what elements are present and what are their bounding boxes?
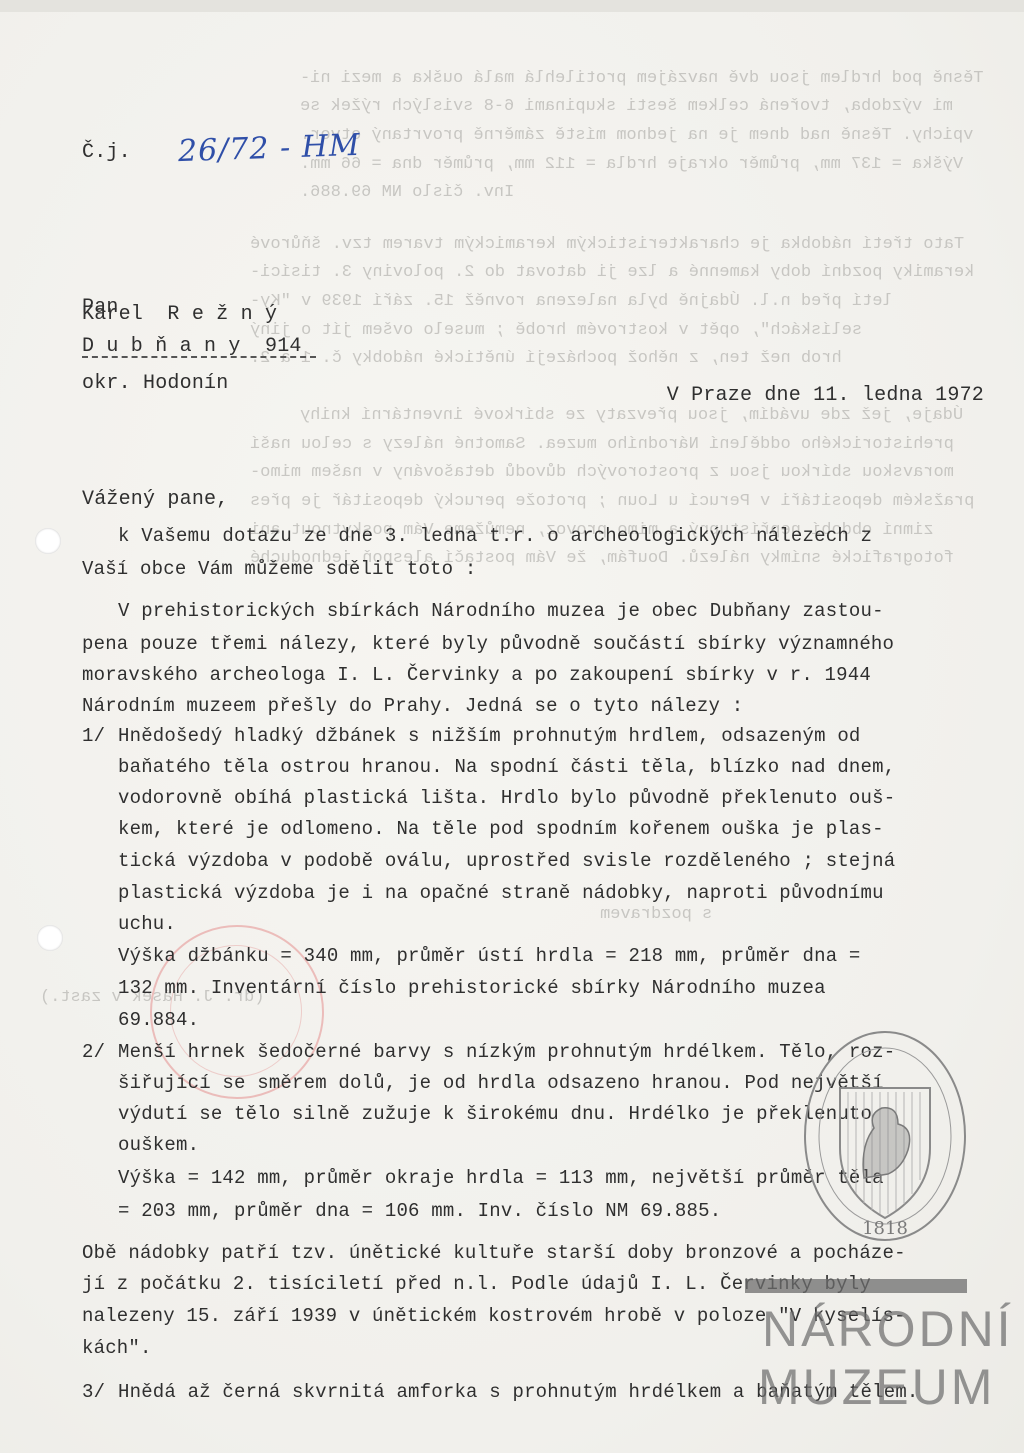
svg-text:1818: 1818 xyxy=(862,1218,908,1239)
item-2-line: Výška = 142 mm, průměr okraje hrdla = 11… xyxy=(118,1166,884,1190)
recipient-district: okr. Hodonín xyxy=(82,372,228,396)
item-1-line: tická výzdoba v podobě oválu, uprostřed … xyxy=(118,849,895,873)
recipient-name-text: Karel R e ž n ý xyxy=(82,303,277,327)
museum-seal-icon: 1818 xyxy=(802,1028,968,1244)
item-1-line: Hnědošedý hladký džbánek s nižším prohnu… xyxy=(118,724,861,748)
paragraph-line: pena pouze třemi nálezy, které byly půvo… xyxy=(82,632,894,656)
bleed-through-line: letí před n.l. Údajně byla nalezena rovn… xyxy=(250,289,893,315)
reference-label: Č.j. xyxy=(82,141,131,165)
item-2-line: šiřující se směrem dolů, je od hrdla ods… xyxy=(118,1071,884,1095)
item-1-line: 69.884. xyxy=(118,1008,199,1032)
bleed-through-line: selískách", opět v kostrovém hrobě ; mus… xyxy=(250,318,862,344)
paragraph-line: V prehistorických sbírkách Národního muz… xyxy=(118,599,884,623)
item-2-line: Menší hrnek šedočerné barvy s nízkým pro… xyxy=(118,1040,895,1064)
bleed-through-line: Tato třetí nádobka je charakteristickým … xyxy=(250,232,964,258)
greeting: Vážený pane, xyxy=(82,488,228,512)
paragraph-line: moravského archeologa I. L. Červinky a p… xyxy=(82,663,871,687)
item-1-line: 132 mm. Inventární číslo prehistorické s… xyxy=(118,976,826,1000)
item-1-line: uchu. xyxy=(118,912,176,936)
bleed-through-line: vpichy. Těsně nad dnem je na jednom míst… xyxy=(300,123,973,149)
bleed-through-line: s pozdravem xyxy=(600,902,712,928)
intro-line: Vaší obce Vám můžeme sdělit toto : xyxy=(82,557,476,581)
letter-page: Těsně pod hrdlem jsou dvě navzájem proti… xyxy=(0,0,1024,1453)
item-number: 1/ xyxy=(82,724,105,748)
item-1-line: vodorovně obíhá plastická lišta. Hrdlo b… xyxy=(118,786,895,810)
item-1-line: kem, které je odlomeno. Na těle pod spod… xyxy=(118,817,884,841)
item-2-line: = 203 mm, průměr dna = 106 mm. Inv. čísl… xyxy=(118,1199,721,1223)
town-underline xyxy=(82,356,316,358)
place-date: V Praze dne 11. ledna 1972 xyxy=(667,384,984,408)
bleed-through-line: pražském depositáři v Perucí u Loun ; pr… xyxy=(250,489,974,515)
item-1-line: baňatého těla ostrou hranou. Na spodní č… xyxy=(118,755,895,779)
punch-hole-top xyxy=(35,528,61,554)
bleed-through-line: mi výzdoba, tvořená celkem šesti skupina… xyxy=(300,94,953,120)
conclusion-line: Obě nádobky patří tzv. únětické kultuře … xyxy=(82,1241,906,1265)
conclusion-line: kách". xyxy=(82,1336,152,1360)
item-1-line: Výška džbánku = 340 mm, průměr ústí hrdl… xyxy=(118,944,861,968)
watermark-line-1: NÁRODNÍ xyxy=(762,1300,1014,1358)
bleed-through-line: hrob než ten, z něhož pocházejí únětické… xyxy=(250,346,842,372)
bleed-through-line: prehistorického oddělení Národního muzea… xyxy=(250,432,954,458)
bleed-through-line: Výška = 137 mm, průměr okraje hrdla = 11… xyxy=(300,152,963,178)
punch-hole-bottom xyxy=(37,925,63,951)
redaction-bar xyxy=(745,1279,967,1293)
paragraph-line: Národním muzeem přešly do Prahy. Jedná s… xyxy=(82,694,743,718)
item-1-line: plastická výzdoba je i na opačné straně … xyxy=(118,881,884,905)
bleed-through-line: Těsně pod hrdlem jsou dvě navzájem proti… xyxy=(300,66,984,92)
bleed-through-line: keramiky pozdní doby kamenné a lze ji da… xyxy=(250,260,974,286)
item-number: 2/ xyxy=(82,1040,105,1064)
item-2-line: výdutí se tělo silně zužuje k širokému d… xyxy=(118,1102,872,1126)
watermark-line-2: MUZEUM xyxy=(758,1358,995,1416)
bleed-through-line: Inv. číslo NM 69.886. xyxy=(300,180,514,206)
page-top-edge xyxy=(0,0,1024,12)
item-2-line: ouškem. xyxy=(118,1133,199,1157)
intro-line: k Vašemu dotazu ze dne 3. ledna t.r. o a… xyxy=(118,524,872,548)
bleed-through-line: moravskou sbírkou jsou z prostorových dů… xyxy=(250,460,954,486)
item-number: 3/ xyxy=(82,1380,105,1404)
reference-number-handwritten: 26/72 - HM xyxy=(177,128,361,169)
